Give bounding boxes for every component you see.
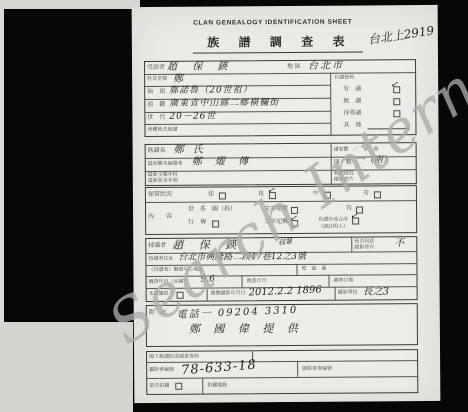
- condition-opt-poor: 劣: [363, 190, 369, 197]
- film-label: 本譜攝影: [149, 292, 169, 298]
- region-value-handwritten: 台北市: [308, 62, 344, 72]
- first-ancestor-value-handwritten: 鄭諾魯（20世祖）: [169, 86, 253, 96]
- holder-label: 持譜者: [148, 243, 166, 250]
- ancestral-home-value-handwritten: 廣東省中山縣二鄉橫欄街: [169, 99, 279, 109]
- survey-date-label: 調查年月（民國）: [149, 280, 189, 286]
- book-count-value-handwritten: 一（兩）: [356, 156, 392, 165]
- sidebox-opt-other: 其 他: [343, 122, 361, 129]
- generations-label: 世 代: [147, 115, 165, 122]
- remarks-line2-handwritten: 鄭 國 偉 提 供: [189, 323, 303, 335]
- film-unit-value-handwritten: 長之3: [363, 287, 389, 297]
- content-biography-label: 行 傳: [188, 220, 206, 227]
- box-holder: 持譜者 趙 保 鍈 叔輩 是否同意 縮影寄存 不 持譜者住址 台北市興隆路二段4…: [145, 236, 417, 302]
- scanned-document-page: CLAN GENEALOGY IDENTIFICATION SHEET 族 譜 …: [0, 0, 468, 412]
- film-divider-2: [335, 287, 336, 300]
- box-genealogy-detail: 族譜名 鄭 氏 譜套數 ／ 部 冊 最初纂本編纂者 鄭 燿 傳 冊 數 一（兩）…: [145, 142, 417, 186]
- respondent-label: 受訪者: [147, 65, 165, 72]
- region-label: 地 區: [287, 64, 301, 71]
- box-remarks: 附 註 電話一 09204 3310 鄭 國 偉 提 供: [146, 303, 418, 347]
- sidebox-opt-has: 有 譜: [343, 86, 361, 93]
- checkbox-condition-poor: [374, 191, 381, 198]
- compiler-value-handwritten: 鄭 燿 傳: [192, 157, 253, 167]
- checkbox-condition-mid: [324, 192, 331, 199]
- ancestral-home-label: 祖 籍: [147, 102, 165, 109]
- photo-number-label: 攝影者編號: [149, 368, 174, 374]
- survey-date-value-handwritten: 9.6: [200, 275, 214, 284]
- content-text1-label: 文字記載: [264, 206, 288, 213]
- sidebox-divider: [330, 73, 331, 135]
- remarks-line1-handwritten: 電話一 09204 3310: [177, 306, 299, 321]
- english-title: CLAN GENEALOGY IDENTIFICATION SHEET: [132, 18, 414, 27]
- checkbox-no-genealogy: [393, 98, 400, 105]
- content-preface-label: 有譜序或合計: [318, 218, 348, 224]
- condition-opt-mid: 中: [313, 191, 319, 198]
- consent-label-2: 縮影寄存: [354, 245, 374, 251]
- checkmark-has-genealogy: ✓: [390, 81, 399, 91]
- scan-bottom-left-area: [0, 322, 133, 412]
- checkmark-content-preface: ✓: [350, 212, 359, 222]
- generations-value-handwritten: 20－26世: [169, 112, 216, 121]
- first-ancestor-label: 始 祖: [147, 89, 165, 96]
- latest-edition-label-2: 最新版本年期: [148, 179, 178, 185]
- film-view-value-handwritten: 2012.2.2 1896: [248, 285, 322, 298]
- sidebox-opt-none: 無 譜: [343, 98, 361, 105]
- surname-label: 姓氏堂號: [147, 77, 167, 83]
- recheck-label: 複查年月: [247, 279, 267, 285]
- scan-top-strip: [0, 0, 140, 9]
- checkbox-condition-good: [219, 192, 226, 199]
- film-divider-1: [207, 288, 208, 301]
- holder-value-handwritten: 趙 保 鍈: [172, 239, 242, 250]
- filming-header-label: 閣下族譜狀況調查資料: [149, 355, 199, 361]
- photo-number-divider: [297, 361, 298, 377]
- consent-divider: [351, 238, 352, 252]
- respondent-value-handwritten: 趙 保 鍈: [167, 62, 233, 72]
- content-label: 內 容: [148, 214, 175, 221]
- condition-opt-fair: 良: [258, 191, 264, 198]
- content-preface-note: （請註明人）: [318, 225, 348, 231]
- survey-divider-1: [241, 275, 242, 287]
- contact-label: （持譜者）聯絡中心地址: [148, 268, 203, 274]
- checkbox-film: [177, 292, 184, 299]
- contact-divider: [296, 264, 297, 275]
- volume-count-label: 譜套數 ／ 部 冊: [334, 147, 379, 153]
- stored-genealogy-label: 所藏姓氏族譜: [147, 128, 177, 134]
- storage-state-label-2: 縮影底片: [334, 178, 354, 184]
- chinese-title: 族 譜 調 查 表: [193, 32, 362, 53]
- survey-divider-2: [328, 275, 329, 287]
- form-paper: CLAN GENEALOGY IDENTIFICATION SHEET 族 譜 …: [132, 5, 441, 403]
- contact-phone-label: 電 話 番: [301, 267, 326, 273]
- checkmark-condition-fair: ✓: [266, 187, 275, 197]
- genealogy-name-value-handwritten: 鄭 氏: [174, 146, 206, 156]
- microfilm-number-label: 縮影寄會編號: [302, 367, 332, 373]
- sidebox-title: 存譜資料: [334, 76, 354, 82]
- condition-opt-good: 佳: [208, 192, 214, 199]
- audit-label: 審核日期: [334, 279, 354, 285]
- holder-address-label: 持譜者住址: [148, 257, 173, 263]
- film-unit-label: 攝影單位: [338, 291, 358, 297]
- box-filming-record: 閣下族譜狀況調查資料 攝影者編號 78-633-18 縮影寄會編號 是否拍攝 拍…: [146, 349, 418, 395]
- shoot-location-label: 拍攝地點: [207, 383, 227, 389]
- box-condition: 保管狀況 佳 良 ✓ 中 劣 內 容 世 系 圖（拆） 文字記載 有 行 傳 文…: [145, 185, 417, 235]
- box-basic-info: 受訪者 趙 保 鍈 地 區 台北市 姓氏堂號 鄭 始 祖 鄭諾魯（20世祖） 祖…: [144, 59, 417, 137]
- content-lineage-label: 世 系 圖（拆）: [188, 206, 236, 213]
- surname-value-handwritten: 鄭: [173, 75, 183, 85]
- remarks-label: 附 註: [149, 310, 167, 317]
- other-blank-line: [367, 127, 409, 129]
- checkbox-searching: [393, 110, 400, 117]
- condition-label: 保管狀況: [148, 192, 172, 199]
- genealogy-name-label: 族譜名: [148, 148, 166, 155]
- book-count-label: 冊 數: [334, 160, 352, 167]
- content-text2-label: 文字記載: [264, 219, 288, 226]
- holder-address-value-handwritten: 台北市興隆路二段47巷12之3號: [178, 253, 306, 263]
- shoot-label: 是否拍攝: [149, 384, 169, 390]
- compiler-label: 最初纂本編纂者: [148, 162, 183, 168]
- shoot-divider: [202, 378, 203, 394]
- consent-value-handwritten: 不: [394, 239, 404, 249]
- film-view-label: 閱覽攝影年月日: [211, 291, 246, 297]
- checkbox-shoot: [175, 383, 182, 390]
- checkmark-content-text2: ✓: [289, 214, 298, 224]
- checkbox-content-biography: [212, 220, 219, 227]
- sidebox-opt-search: 待尋譜: [343, 110, 361, 117]
